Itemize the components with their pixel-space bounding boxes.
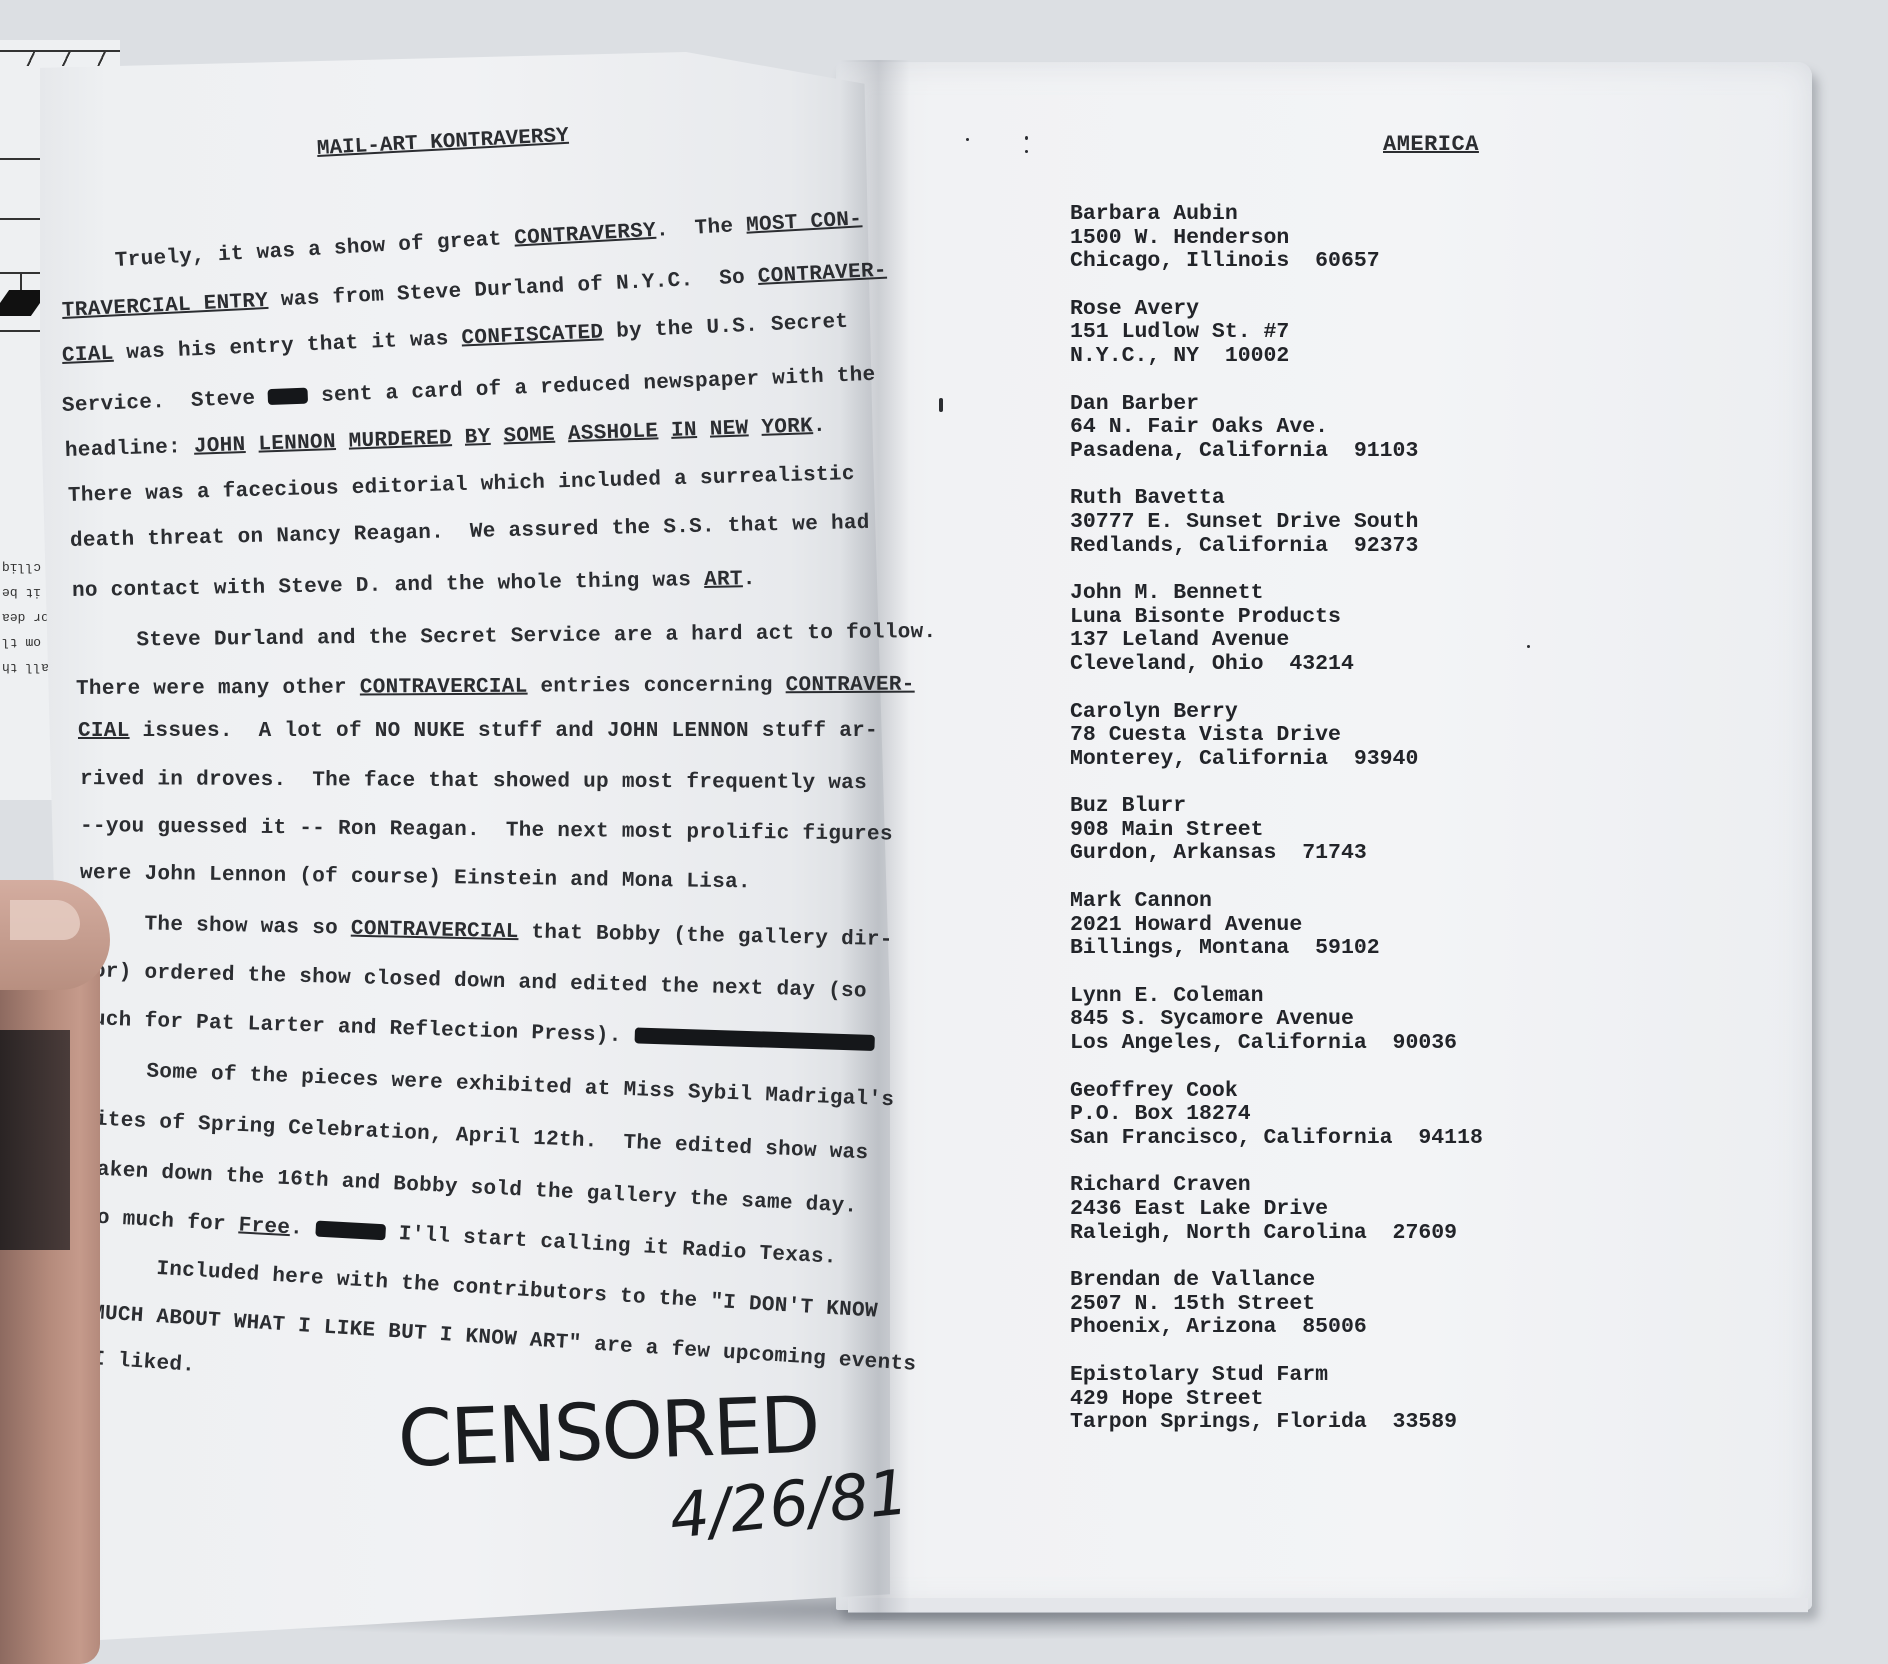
ink-speck <box>1025 136 1028 140</box>
address-line: P.O. Box 18274 <box>1070 1103 1483 1127</box>
underlined-text: CIAL <box>61 343 114 368</box>
text-run: issues. A lot of NO NUKE stuff and JOHN … <box>130 720 878 743</box>
underlined-text: CONTRAVERCIAL <box>351 918 519 945</box>
text-run <box>335 431 349 454</box>
text-run: . <box>743 568 756 591</box>
handwritten-censored-stamp: CENSORED <box>396 1380 819 1485</box>
body-line: CIAL issues. A lot of NO NUKE stuff and … <box>78 720 878 743</box>
address-line: Monterey, California 93940 <box>1070 748 1483 772</box>
address-entry: Carolyn Berry78 Cuesta Vista DriveMonter… <box>1070 701 1483 772</box>
address-entry: Richard Craven2436 East Lake DriveRaleig… <box>1070 1174 1483 1245</box>
address-line: Gurdon, Arkansas 71743 <box>1070 842 1483 866</box>
mirrored-text-line: all th <box>2 660 49 675</box>
contributor-name: Mark Cannon <box>1070 890 1483 914</box>
address-line: 2436 East Lake Drive <box>1070 1198 1483 1222</box>
text-run: . <box>290 1217 317 1241</box>
address-line: San Francisco, California 94118 <box>1070 1127 1483 1151</box>
redaction-mark <box>634 1028 874 1052</box>
underlined-text: CONTRAVER- <box>786 674 915 698</box>
text-run <box>490 425 504 448</box>
contributor-name: Barbara Aubin <box>1070 203 1483 227</box>
contributor-name: Carolyn Berry <box>1070 701 1483 725</box>
address-line: 30777 E. Sunset Drive South <box>1070 511 1483 535</box>
text-run: There were many other <box>76 677 360 701</box>
thumbnail <box>10 900 80 940</box>
text-run: rived in droves. The face that showed up… <box>80 768 867 795</box>
address-entry: John M. BennettLuna Bisonte Products137 … <box>1070 582 1483 676</box>
address-list: Barbara Aubin1500 W. HendersonChicago, I… <box>1070 203 1483 1459</box>
text-run <box>748 417 762 440</box>
hand <box>0 880 100 1664</box>
text-run: . <box>813 415 827 438</box>
address-line: Chicago, Illinois 60657 <box>1070 250 1483 274</box>
address-entry: Ruth Bavetta30777 E. Sunset Drive SouthR… <box>1070 487 1483 558</box>
address-line: 845 S. Sycamore Avenue <box>1070 1008 1483 1032</box>
address-entry: Mark Cannon2021 Howard AvenueBillings, M… <box>1070 890 1483 961</box>
hatched-border <box>0 50 120 66</box>
mirrored-text-line: om tl <box>2 635 41 650</box>
address-entry: Barbara Aubin1500 W. HendersonChicago, I… <box>1070 203 1483 274</box>
ink-speck <box>939 398 943 412</box>
contributor-name: Rose Avery <box>1070 298 1483 322</box>
ink-speck <box>1527 645 1530 648</box>
contributor-name: Geoffrey Cook <box>1070 1080 1483 1104</box>
underlined-text: Free <box>238 1214 291 1240</box>
address-line: Pasadena, California 91103 <box>1070 440 1483 464</box>
address-line: Phoenix, Arizona 85006 <box>1070 1316 1483 1340</box>
address-entry: Buz Blurr908 Main StreetGurdon, Arkansas… <box>1070 795 1483 866</box>
underlined-text: ART <box>704 568 743 592</box>
address-line: 2021 Howard Avenue <box>1070 914 1483 938</box>
right-page-edge <box>848 1598 1808 1613</box>
address-line: 1500 W. Henderson <box>1070 227 1483 251</box>
text-run: headline: <box>65 436 195 463</box>
address-entry: Dan Barber64 N. Fair Oaks Ave.Pasadena, … <box>1070 393 1483 464</box>
mirrored-text-line: or dea <box>2 610 49 625</box>
ink-speck <box>966 138 969 141</box>
address-entry: Brendan de Vallance2507 N. 15th StreetPh… <box>1070 1269 1483 1340</box>
underlined-text: LENNON <box>258 431 336 457</box>
address-line: 2507 N. 15th Street <box>1070 1293 1483 1317</box>
text-run <box>245 434 259 457</box>
address-line: 908 Main Street <box>1070 819 1483 843</box>
underlined-text: JOHN <box>194 434 246 459</box>
address-entry: Epistolary Stud Farm429 Hope StreetTarpo… <box>1070 1364 1483 1435</box>
address-line: Tarpon Springs, Florida 33589 <box>1070 1411 1483 1435</box>
address-line: Redlands, California 92373 <box>1070 535 1483 559</box>
contributor-name: Buz Blurr <box>1070 795 1483 819</box>
underlined-text: CIAL <box>78 720 130 743</box>
address-line: 64 N. Fair Oaks Ave. <box>1070 416 1483 440</box>
underlined-text: SOME <box>503 424 555 449</box>
address-line: N.Y.C., NY 10002 <box>1070 345 1483 369</box>
mirrored-text-line: clliq <box>2 560 41 575</box>
address-entry: Geoffrey CookP.O. Box 18274San Francisco… <box>1070 1080 1483 1151</box>
redaction-mark <box>316 1221 387 1241</box>
finger-shadow <box>0 1030 70 1250</box>
address-line: 137 Leland Avenue <box>1070 629 1483 653</box>
right-page-heading: AMERICA <box>1383 132 1479 157</box>
address-entry: Rose Avery151 Ludlow St. #7N.Y.C., NY 10… <box>1070 298 1483 369</box>
address-entry: Lynn E. Coleman845 S. Sycamore AvenueLos… <box>1070 985 1483 1056</box>
underlined-text: MURDERED <box>348 427 452 453</box>
underlined-text: ASSHOLE <box>568 420 659 446</box>
body-line: There were many other CONTRAVERCIAL entr… <box>76 674 915 701</box>
address-line: Billings, Montana 59102 <box>1070 937 1483 961</box>
underlined-text: BY <box>464 426 491 450</box>
text-run <box>697 419 711 442</box>
ink-speck <box>1025 150 1028 153</box>
address-line: 78 Cuesta Vista Drive <box>1070 724 1483 748</box>
text-run <box>555 423 569 446</box>
address-line: Los Angeles, California 90036 <box>1070 1032 1483 1056</box>
redaction-mark <box>268 388 309 406</box>
body-line: rived in droves. The face that showed up… <box>80 768 867 795</box>
contributor-name: Epistolary Stud Farm <box>1070 1364 1483 1388</box>
contributor-name: Dan Barber <box>1070 393 1483 417</box>
underlined-text: IN <box>671 419 698 443</box>
underlined-text: NEW <box>709 417 748 441</box>
contributor-name: Lynn E. Coleman <box>1070 985 1483 1009</box>
address-line: Cleveland, Ohio 43214 <box>1070 653 1483 677</box>
address-line: 151 Ludlow St. #7 <box>1070 321 1483 345</box>
underlined-text: YORK <box>761 415 813 440</box>
contributor-name: Ruth Bavetta <box>1070 487 1483 511</box>
contributor-name: Brendan de Vallance <box>1070 1269 1483 1293</box>
text-run: entries concerning <box>528 674 786 698</box>
address-line: 429 Hope Street <box>1070 1388 1483 1412</box>
text-run <box>451 427 465 450</box>
contributor-name: Richard Craven <box>1070 1174 1483 1198</box>
address-line: Raleigh, North Carolina 27609 <box>1070 1222 1483 1246</box>
address-line: Luna Bisonte Products <box>1070 606 1483 630</box>
contributor-name: John M. Bennett <box>1070 582 1483 606</box>
underlined-text: CONTRAVERCIAL <box>360 676 528 700</box>
